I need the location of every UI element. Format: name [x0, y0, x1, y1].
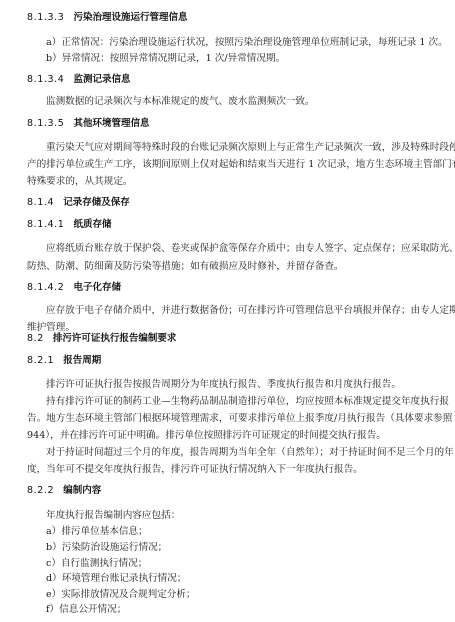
paragraph-line: 应将纸质台账存放于保护袋、卷夹或保护盒等保存介质中；由专人签字、定点保存；应采取…: [46, 243, 455, 255]
section-number: 8.1.4: [27, 197, 54, 209]
section-title: 电子化存储: [73, 282, 121, 293]
list-item-b: b）污染防治设施运行情况；: [46, 542, 167, 554]
heading-8-1-3-4: 8.1.3.4监测记录信息: [27, 74, 130, 86]
document-page: 8.1.3.3污染治理设施运行管理信息 a）正常情况：污染治理设施运行状况，按照…: [0, 0, 455, 622]
section-number: 8.2.1: [27, 355, 54, 367]
list-item-e: e）实际排放情况及合规判定分析；: [46, 589, 196, 601]
heading-8-2-2: 8.2.2编制内容: [27, 485, 101, 497]
section-number: 8.1.3.5: [27, 118, 64, 130]
section-number: 8.2: [27, 333, 44, 345]
list-item-a: a）排污单位基本信息；: [46, 526, 148, 538]
heading-8-1-4-1: 8.1.4.1纸质存储: [27, 219, 111, 231]
list-item-f: f）信息公开情况；: [46, 604, 126, 616]
heading-8-1-3-5: 8.1.3.5其他环境管理信息: [27, 118, 149, 130]
section-title: 记录存储及保存: [63, 197, 130, 208]
section-title: 监测记录信息: [73, 74, 130, 85]
list-item-d: d）环境管理台账记录执行情况；: [46, 573, 186, 585]
section-title: 其他环境管理信息: [73, 118, 149, 129]
section-title: 排污许可证执行报告编制要求: [53, 333, 177, 344]
paragraph-line: 度，当年可不提交年度执行报告，排污许可证执行情况纳入下一年度执行报告。: [27, 464, 363, 476]
section-title: 纸质存储: [73, 219, 111, 230]
section-title: 报告周期: [63, 355, 101, 366]
section-number: 8.1.3.4: [27, 74, 64, 86]
section-number: 8.1.3.3: [27, 12, 64, 24]
heading-8-1-3-3: 8.1.3.3污染治理设施运行管理信息: [27, 12, 187, 24]
paragraph-line: 产的排污单位或生产工序，该期间原则上仅对起始和结束当天进行 1 次记录，地方生态…: [27, 159, 455, 171]
list-item-a: a）正常情况：污染治理设施运行状况，按照污染治理设施管理单位班制记录，每班记录 …: [46, 37, 448, 49]
heading-8-1-4-2: 8.1.4.2电子化存储: [27, 282, 121, 294]
heading-8-1-4: 8.1.4记录存储及保存: [27, 197, 130, 209]
heading-8-2: 8.2排污许可证执行报告编制要求: [27, 333, 176, 345]
paragraph-line: 防热、防潮、防细菌及防污染等措施；如有破损应及时修补，并留存备查。: [27, 261, 344, 273]
paragraph-line: 重污染天气应对期间等特殊时段的台账记录频次原则上与正常生产记录频次一致，涉及特殊…: [46, 142, 455, 154]
list-item-b: b）异常情况：按照异常情况期记录，1 次/异常情况期。: [46, 53, 285, 65]
paragraph-line: 持有排污许可证的制药工业—生物药品制品制造排污单位，均应按照本标准规定提交年度执…: [46, 396, 449, 408]
paragraph-line: 排污许可证执行报告按报告周期分为年度执行报告、季度执行报告和月度执行报告。: [46, 379, 401, 391]
heading-8-2-1: 8.2.1报告周期: [27, 355, 101, 367]
paragraph-line: 告。地方生态环境主管部门根据环境管理需求，可要求排污单位上报季度/月执行报告（具…: [27, 413, 455, 425]
paragraph-line: 944），并在排污许可证中明确。排污单位按照排污许可证规定的时间提交执行报告。: [27, 430, 386, 442]
section-title: 编制内容: [63, 485, 101, 496]
section-number: 8.1.4.1: [27, 219, 64, 231]
paragraph-line: 特殊要求的，从其规定。: [27, 176, 133, 188]
section-number: 8.2.2: [27, 485, 54, 497]
paragraph-monitoring: 监测数据的记录频次与本标准规定的废气、废水监测频次一致。: [46, 96, 315, 108]
paragraph-line: 应存放于电子存储介质中，并进行数据备份；可在排污许可管理信息平台填报并保存；由专…: [46, 305, 455, 317]
section-number: 8.1.4.2: [27, 282, 64, 294]
list-item-c: c）自行监测执行情况；: [46, 558, 147, 570]
paragraph-line: 对于持证时间超过三个月的年度，报告周期为当年全年（自然年）；对于持证时间不足三个…: [46, 447, 454, 459]
list-intro: 年度执行报告编制内容应包括：: [46, 510, 180, 522]
section-title: 污染治理设施运行管理信息: [73, 12, 187, 23]
